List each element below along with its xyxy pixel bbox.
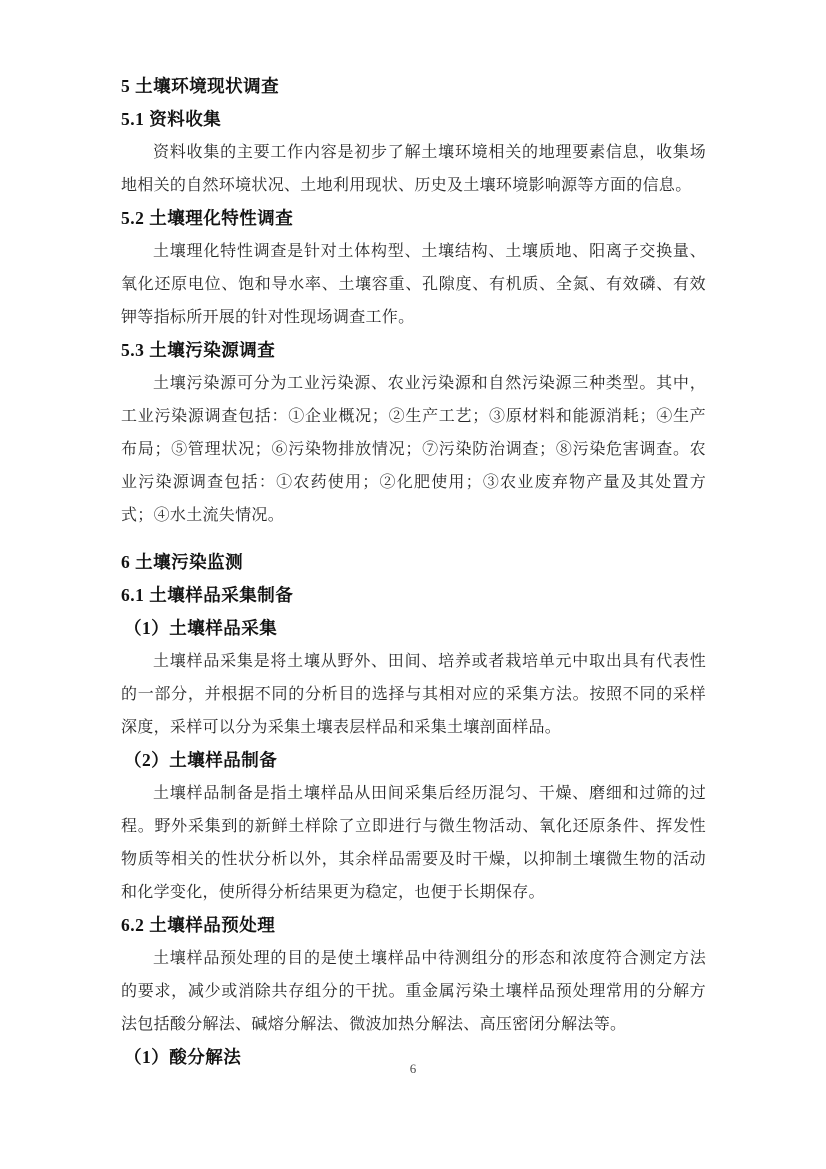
subheading-6-1-2: （2）土壤样品制备 <box>121 744 706 777</box>
paragraph-5-1: 资料收集的主要工作内容是初步了解土壤环境相关的地理要素信息，收集场地相关的自然环… <box>121 136 706 202</box>
paragraph-5-3: 土壤污染源可分为工业污染源、农业污染源和自然污染源三种类型。其中，工业污染源调查… <box>121 367 706 532</box>
heading-5-1: 5.1 资料收集 <box>121 103 706 136</box>
heading-6-1: 6.1 土壤样品采集制备 <box>121 579 706 612</box>
paragraph-6-2: 土壤样品预处理的目的是使土壤样品中待测组分的形态和浓度符合测定方法的要求，减少或… <box>121 942 706 1041</box>
page-footer: 6 <box>0 1059 826 1079</box>
page-number: 6 <box>410 1061 417 1076</box>
document-page: 5 土壤环境现状调查 5.1 资料收集 资料收集的主要工作内容是初步了解土壤环境… <box>0 0 826 1169</box>
paragraph-6-1-1: 土壤样品采集是将土壤从野外、田间、培养或者栽培单元中取出具有代表性的一部分，并根… <box>121 645 706 744</box>
heading-5-3: 5.3 土壤污染源调查 <box>121 334 706 367</box>
paragraph-5-2: 土壤理化特性调查是针对土体构型、土壤结构、土壤质地、阳离子交换量、氧化还原电位、… <box>121 235 706 334</box>
document-content: 5 土壤环境现状调查 5.1 资料收集 资料收集的主要工作内容是初步了解土壤环境… <box>121 70 706 1074</box>
paragraph-6-1-2: 土壤样品制备是指土壤样品从田间采集后经历混匀、干燥、磨细和过筛的过程。野外采集到… <box>121 777 706 909</box>
heading-6-2: 6.2 土壤样品预处理 <box>121 909 706 942</box>
heading-5-2: 5.2 土壤理化特性调查 <box>121 202 706 235</box>
subheading-6-1-1: （1）土壤样品采集 <box>121 612 706 645</box>
heading-section-5: 5 土壤环境现状调查 <box>121 70 706 103</box>
heading-section-6: 6 土壤污染监测 <box>121 546 706 579</box>
